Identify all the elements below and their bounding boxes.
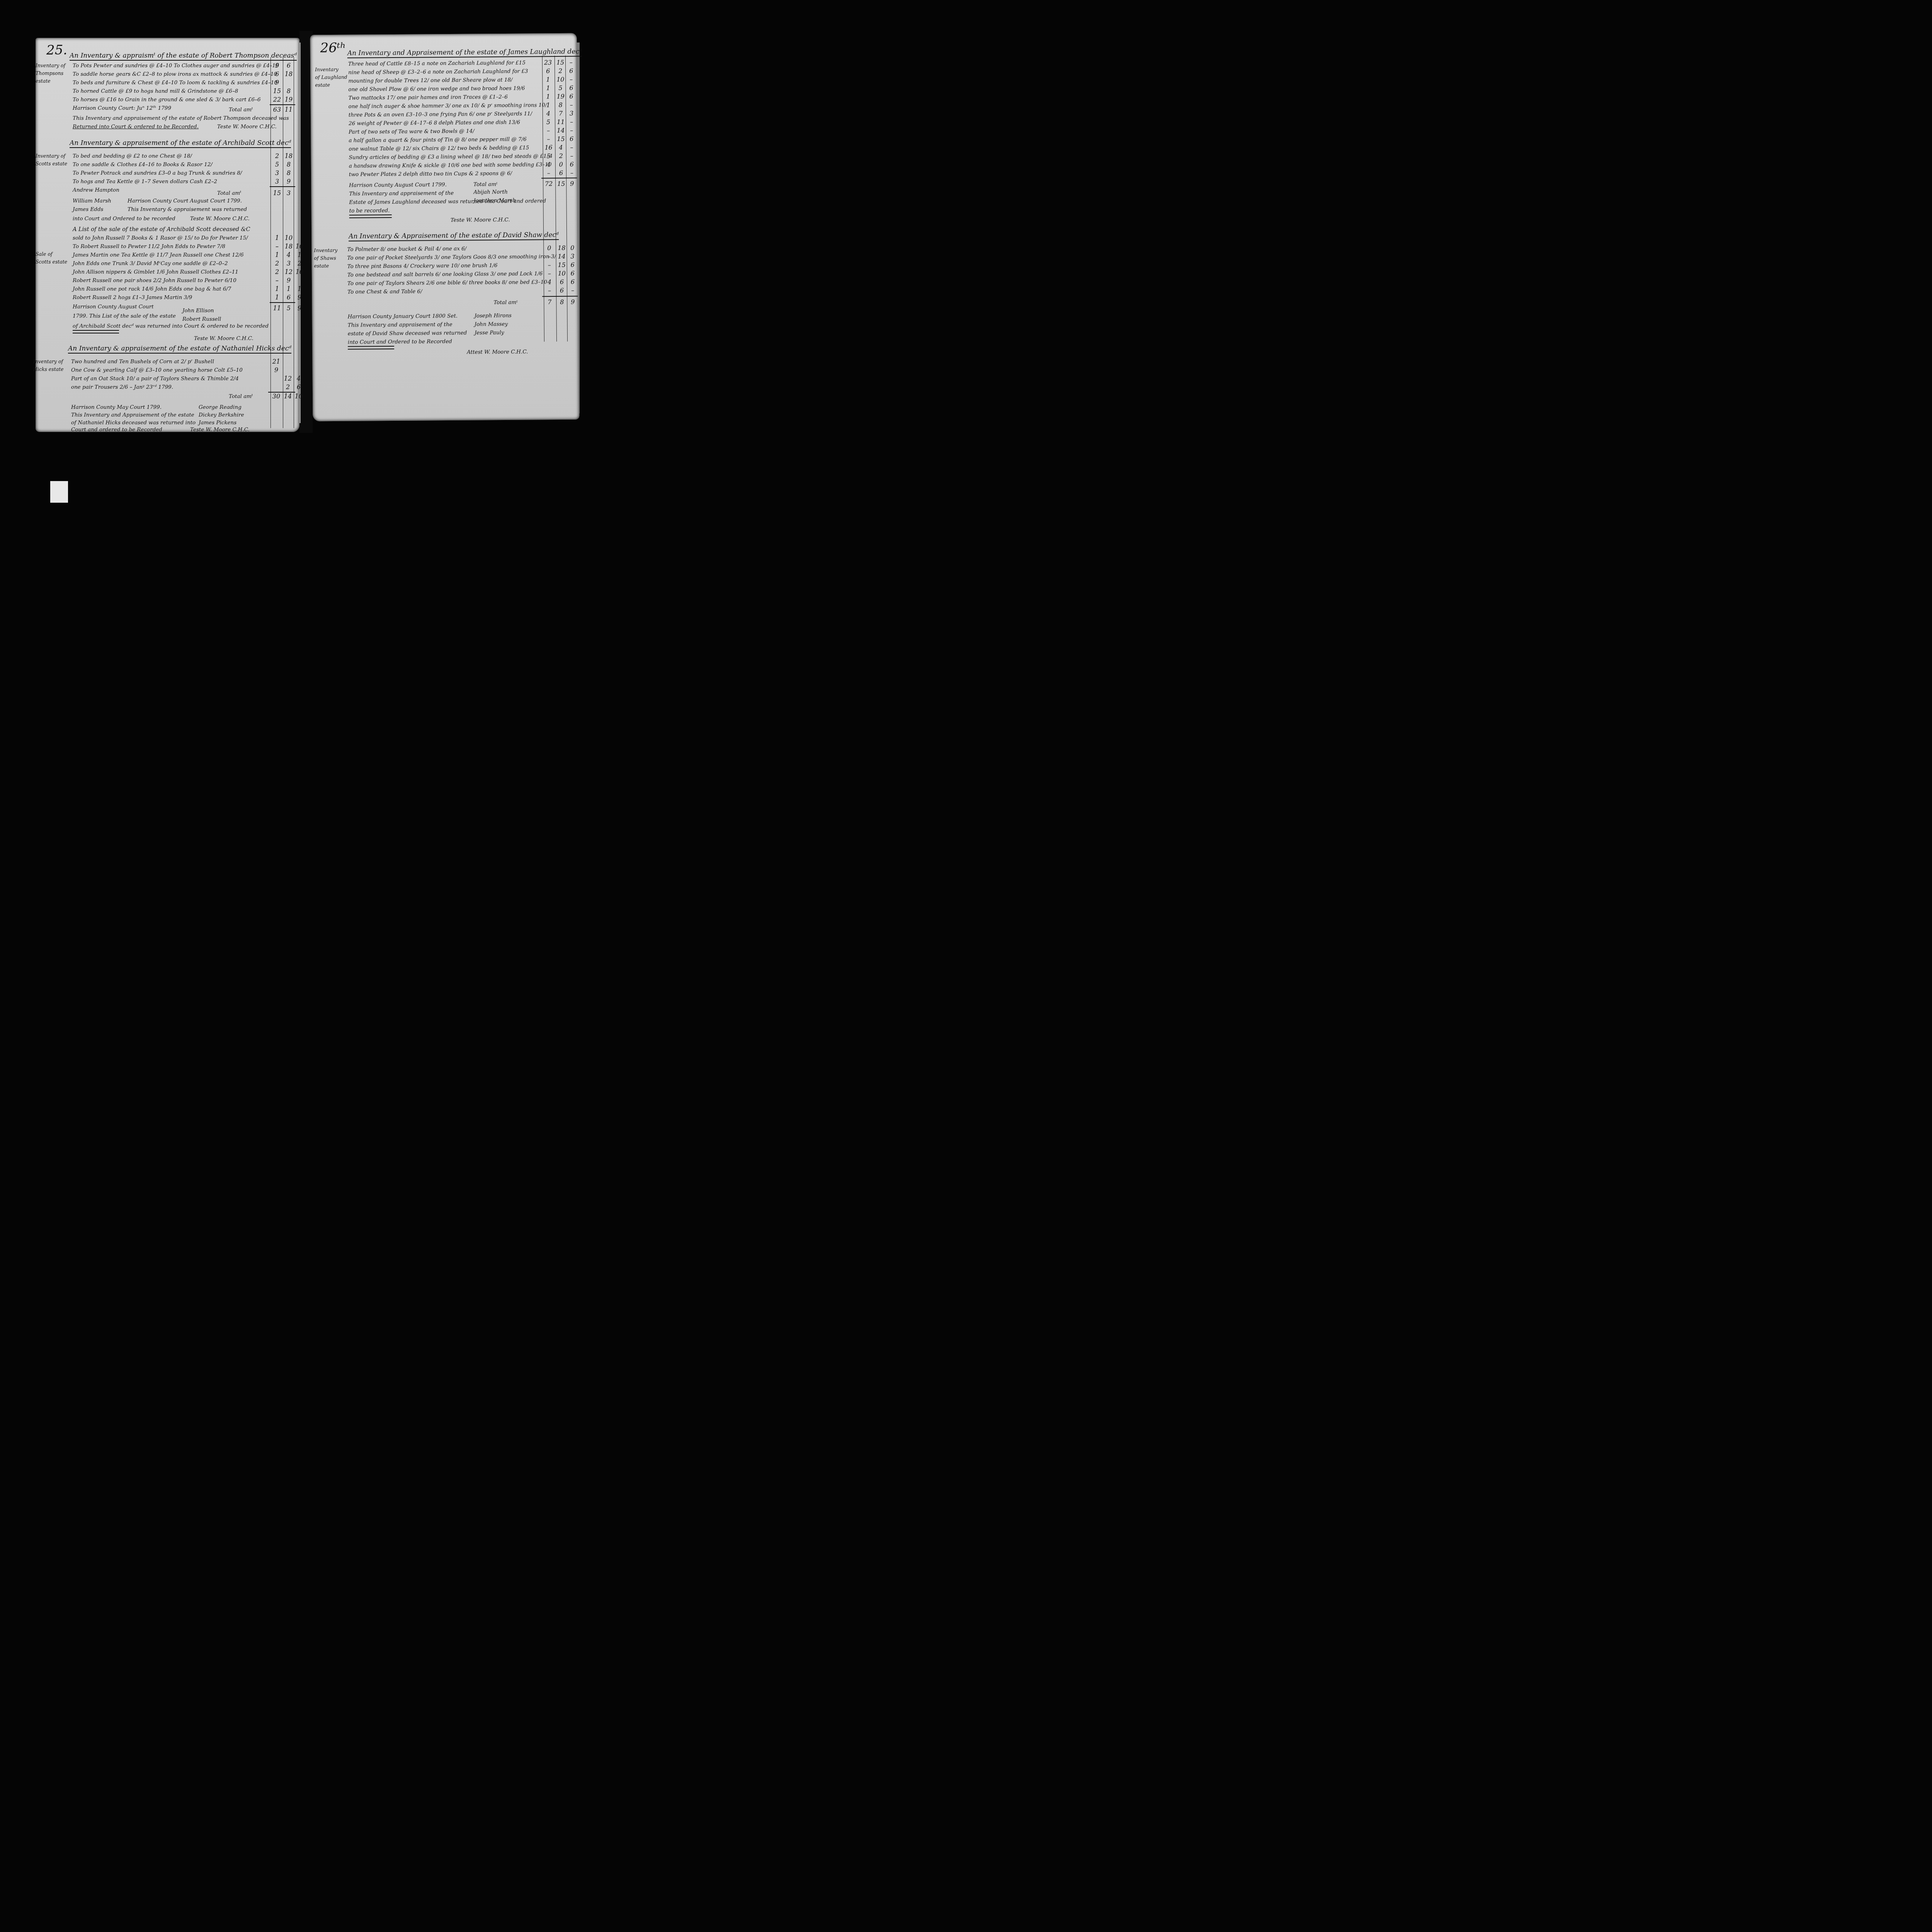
amount-cell: 9 — [284, 277, 294, 284]
item-row: To one bedstead and salt barrels 6/ one … — [347, 270, 543, 278]
amount-cell: 4 — [544, 161, 554, 168]
total-label: Total amᵗ — [473, 181, 497, 187]
total-shillings: 5 — [284, 304, 294, 312]
amount-cell: – — [567, 152, 577, 160]
item-row: mounting for double Trees 12/ one old Ba… — [348, 77, 512, 84]
item-row: Robert Russell one pair shoes 2/2 John R… — [73, 277, 236, 284]
amount-cell: 4 — [543, 110, 553, 117]
closing-text: This Inventary and appraisement of the — [348, 321, 452, 328]
amount-cell: 15 — [556, 135, 566, 143]
amount-cell: 2 — [272, 152, 282, 160]
amount-cell: 3 — [567, 253, 577, 260]
amount-cell: 3 — [566, 110, 577, 117]
amount-cell: 6 — [568, 278, 578, 286]
clerk-signature: Teste W. Moore C.H.C. — [194, 335, 253, 342]
amount-cell: 19 — [556, 93, 566, 100]
amount-cell: – — [566, 127, 577, 134]
margin-label-line: Sale of — [36, 250, 67, 258]
margin-label-line: estate — [314, 262, 338, 270]
margin-label-line: Hicks estate — [33, 366, 64, 373]
amount-cell: 2 — [272, 260, 282, 267]
amount-cell: 6 — [566, 93, 577, 100]
amount-cell: 2 — [555, 67, 565, 75]
total-pence: 9 — [567, 180, 577, 187]
item-row: a half gallon a quart & four pints of Ti… — [349, 136, 527, 144]
right-page: 26ᵗʰ An Inventary and Appraisement of th… — [310, 33, 580, 422]
item-row: one half inch auger & shoe hammer 3/ one… — [349, 102, 547, 110]
margin-label: Inventary of Scotts estate — [36, 152, 67, 168]
amount-cell: – — [544, 261, 554, 269]
item-row: To beds and furniture & Chest @ £4–10 To… — [73, 80, 277, 86]
item-row: one old Shovel Plow @ 6/ one iron wedge … — [348, 85, 525, 93]
item-row: To one pair of Taylors Shears 2/6 one bi… — [347, 279, 547, 287]
entry-shaw: An Inventary & Appraisement of the estat… — [310, 33, 577, 35]
amount-cell: 10 — [555, 76, 565, 83]
amount-cell: 9 — [271, 366, 281, 374]
total-label: Total amᵗ — [229, 107, 253, 113]
amount-cell: 5 — [272, 161, 282, 168]
amount-cell: 3 — [284, 260, 294, 267]
item-row: one pair Trousers 2/6 – Janʸ 23ʳᵈ 1799. — [71, 384, 173, 390]
amount-cell: 6 — [566, 67, 576, 75]
amount-cell: 3 — [272, 169, 282, 177]
amount-cell: 18 — [284, 152, 294, 160]
amount-cell: 8 — [556, 101, 566, 109]
total-pounds: 11 — [272, 304, 282, 312]
total-shillings: 14 — [283, 393, 293, 400]
amount-cell: 19 — [284, 96, 294, 103]
closing-text: This Inventary and appraisement of the — [349, 190, 454, 197]
amount-cell: 5 — [543, 118, 553, 126]
total-rule — [270, 104, 295, 105]
amount-cell: 5 — [544, 152, 554, 160]
total-label: Total amᵗ — [229, 393, 253, 400]
amount-cell: 1 — [543, 93, 553, 100]
total-pounds: 7 — [544, 298, 554, 306]
closing-text: estate of David Shaw deceased was return… — [348, 330, 467, 337]
item-row: To Pots Pewter and sundries @ £4–10 To C… — [73, 63, 279, 69]
amount-cell: 14 — [556, 127, 566, 134]
amount-cell: 4 — [556, 144, 566, 151]
amount-cell: 8 — [284, 169, 294, 177]
clerk-signature: Teste W. Moore C.H.C. — [190, 216, 250, 222]
page-number: 25. — [46, 43, 67, 58]
appraiser-name: Andrew Hampton — [73, 187, 119, 193]
item-row: To one Chest & and Table 6/ — [347, 288, 422, 295]
amount-cell: 10 — [294, 243, 304, 250]
amount-cell: 1 — [272, 251, 282, 259]
amount-cell: 1 — [272, 234, 282, 241]
amount-cell: 8 — [284, 87, 294, 95]
amount-cell: – — [566, 76, 576, 83]
amount-cell: 9 — [272, 62, 282, 69]
appraiser-name: Jonathan Marsh — [473, 197, 515, 204]
total-pounds: 63 — [272, 106, 282, 113]
closing-text: Harrison County January Court 1800 Set. — [348, 313, 458, 320]
appraiser-name: John Ellison — [182, 308, 214, 314]
item-row: Three head of Cattle £8–15 a note on Zac… — [348, 60, 526, 67]
closing-text: 1799. This List of the sale of the estat… — [73, 313, 176, 319]
margin-label-line: of Laughland — [315, 73, 347, 82]
amount-cell: 10 — [294, 268, 304, 276]
amount-cell: – — [544, 169, 554, 177]
amount-cell: – — [544, 253, 554, 260]
appraiser-name: James Edds — [73, 206, 104, 213]
amount-cell: 6 — [294, 383, 304, 391]
item-row: To horses @ £16 to Grain in the ground &… — [73, 97, 261, 103]
amount-cell: 4 — [294, 375, 304, 382]
amount-cell: – — [272, 277, 282, 284]
closing-text: of Nathaniel Hicks deceased was returned… — [71, 420, 196, 426]
item-row: To horned Cattle @ £9 to hogs hand mill … — [73, 88, 238, 94]
closing-text: of Archibald Scott decᵈ was returned int… — [73, 323, 269, 329]
appraiser-name: James Pickens — [199, 420, 236, 426]
closing-text: This Inventary & appraisement was return… — [128, 206, 247, 213]
closing-text: to be recorded. — [349, 207, 390, 214]
closing-text: Returned into Court & ordered to be Reco… — [73, 124, 199, 130]
appraiser-name: Dickey Berkshire — [199, 412, 244, 418]
amount-cell: 21 — [271, 358, 281, 365]
total-rule — [542, 296, 578, 297]
amount-cell: 6 — [556, 169, 566, 177]
total-pounds: 72 — [544, 180, 554, 187]
item-row: To one pair of Pocket Steelyards 3/ one … — [347, 253, 556, 261]
amount-cell: 18 — [284, 243, 294, 250]
appraiser-name: William Marsh — [73, 198, 111, 204]
margin-label-line: Inventary — [314, 247, 337, 254]
total-shillings: 8 — [557, 298, 567, 306]
item-row: 26 weight of Pewter @ £4–17–6 8 delph Pl… — [349, 119, 520, 127]
amount-cell: 18 — [556, 244, 566, 252]
amount-cell: 2 — [283, 383, 293, 391]
amount-cell: 6 — [567, 161, 577, 168]
total-pence: 10 — [294, 393, 304, 400]
amount-cell: 10 — [284, 234, 294, 241]
appraiser-name: Robert Russell — [182, 316, 221, 322]
item-row: one walnut Table @ 12/ six Chairs @ 12/ … — [349, 145, 529, 152]
item-row: Part of two sets of Tea ware & two Bowls… — [349, 128, 474, 135]
amount-cell: 16 — [543, 144, 553, 151]
amount-cell: 6 — [543, 67, 553, 75]
appraiser-name: John Massey — [474, 321, 508, 328]
closing-text: Court and ordered to be Recorded — [71, 427, 162, 433]
amount-cell: 5 — [555, 84, 565, 92]
margin-label-line: Scotts estate — [36, 160, 67, 168]
double-underline — [348, 346, 394, 350]
item-row: Part of an Oat Stack 10/ a pair of Taylo… — [71, 376, 239, 382]
amount-cell: 6 — [557, 278, 567, 286]
amount-cell: 4 — [284, 251, 294, 259]
margin-label: Inventary of Shaws estate — [314, 247, 337, 270]
item-row: To hogs and Tea Kettle @ 1–7 Seven dolla… — [73, 179, 217, 185]
item-row: One Cow & yearling Calf @ £3–10 one year… — [71, 367, 243, 373]
total-rule — [541, 178, 577, 179]
margin-label: Inventary of Hicks estate — [33, 358, 64, 373]
margin-label-line: Inventary of — [36, 62, 65, 70]
margin-label-line: Scotts estate — [36, 258, 67, 266]
total-shillings: 15 — [556, 180, 566, 187]
entry-laughland: An Inventary and Appraisement of the est… — [310, 33, 577, 35]
amount-cell: 9 — [284, 178, 294, 185]
total-rule — [270, 186, 295, 187]
margin-label: Sale of Scotts estate — [36, 250, 67, 266]
double-underline — [73, 330, 119, 333]
item-row: a handsaw drawing Knife & sickle @ 10/6 … — [349, 162, 552, 169]
item-row: Two mattocks 17/ one pair hames and iron… — [349, 94, 508, 101]
amount-cell: 0 — [544, 244, 554, 252]
margin-label-line: Inventary of — [33, 358, 64, 366]
amount-cell: 3 — [272, 178, 282, 185]
closing-text: into Court and Ordered to be recorded — [73, 216, 175, 222]
amount-cell: – — [544, 287, 554, 294]
shillings-column-rule — [283, 57, 283, 428]
double-underline — [349, 214, 392, 218]
amount-cell: 4 — [544, 278, 554, 286]
closing-text: Harrison County Court August Court 1799. — [128, 198, 242, 204]
left-page: 25. An Inventary & appraismᵗ of the esta… — [36, 38, 299, 432]
item-row: To three pint Basons 4/ Crockery ware 10… — [347, 262, 498, 270]
pence-column-rule — [294, 57, 294, 428]
total-label: Total amᵗ — [217, 190, 241, 196]
amount-cell: 6 — [566, 84, 576, 92]
amount-cell: 1 — [294, 285, 304, 293]
closing-text: This Inventary and appraisement of the e… — [73, 115, 289, 121]
entry-heading: An Inventary and Appraisement of the est… — [347, 48, 582, 58]
amount-cell: 12 — [283, 375, 293, 382]
page-number: 26ᵗʰ — [320, 40, 346, 56]
total-rule — [270, 302, 295, 303]
item-row: To Pewter Potrack and sundries £3–0 a ba… — [73, 170, 242, 176]
total-label: Total amᵗ — [493, 299, 517, 306]
entry-heading: A List of the sale of the estate of Arch… — [73, 226, 250, 233]
clerk-signature: Attest W. Moore C.H.C. — [467, 349, 528, 355]
item-row: Sundry articles of bedding @ £3 a lining… — [349, 153, 553, 161]
calibration-target — [50, 481, 68, 503]
amount-cell: 12 — [284, 268, 294, 276]
amount-cell: 15 — [557, 261, 567, 269]
amount-cell: – — [566, 101, 577, 109]
closing-text: Harrison County August Court 1799. — [349, 182, 447, 189]
amount-cell: 22 — [272, 96, 282, 103]
amount-cell: 2 — [272, 268, 282, 276]
closing-text: Estate of James Laughland deceased was r… — [349, 198, 546, 206]
total-pence: 9 — [568, 298, 578, 306]
margin-label: Inventary of Thompsons estate — [36, 62, 65, 85]
amount-cell: 0 — [567, 244, 577, 252]
item-row: Robert Russell 2 hogs £1–3 James Martin … — [73, 294, 192, 301]
clerk-signature: Teste W. Moore C.H.C. — [190, 427, 250, 433]
pounds-column-rule — [270, 57, 271, 428]
amount-cell: – — [543, 127, 553, 134]
amount-cell: 15 — [555, 59, 565, 66]
margin-label-line: Inventary — [315, 66, 347, 74]
amount-cell: – — [567, 169, 577, 177]
item-row: nine head of Sheep @ £3–2–6 a note on Za… — [348, 68, 528, 75]
item-row: James Martin one Tea Kettle @ 11/7 Jean … — [73, 252, 244, 258]
margin-label-line: estate — [36, 77, 65, 85]
amount-cell: 7 — [556, 110, 566, 117]
closing-text: Harrison County May Court 1799. — [71, 404, 162, 410]
entry-heading: An Inventary & appraisement of the estat… — [70, 139, 291, 148]
clerk-signature: Teste W. Moore C.H.C. — [217, 124, 277, 130]
entry-heading: An Inventary & appraismᵗ of the estate o… — [70, 52, 297, 61]
total-pounds: 15 — [272, 189, 282, 197]
appraiser-name: Joseph Hirons — [474, 313, 512, 319]
item-row: Two hundred and Ten Bushels of Corn at 2… — [71, 359, 214, 365]
item-row: two Pewter Plates 2 delph ditto two tin … — [349, 170, 512, 178]
item-row: To one saddle & Clothes £4–16 to Books &… — [73, 162, 213, 168]
amount-cell: 0 — [556, 161, 566, 168]
amount-cell: 1 — [543, 101, 553, 109]
margin-label-line: Thompsons — [36, 70, 65, 77]
amount-cell: 8 — [284, 161, 294, 168]
amount-cell: 14 — [556, 253, 566, 260]
entry-heading: An Inventary & Appraisement of the estat… — [349, 231, 559, 241]
total-shillings: 3 — [284, 189, 294, 197]
amount-cell: 1 — [272, 285, 282, 293]
amount-cell: 18 — [284, 70, 294, 78]
total-pounds: 30 — [271, 393, 281, 400]
item-row: sold to John Russell 7 Books & 1 Rasor @… — [73, 235, 248, 241]
amount-cell: 2 — [294, 260, 304, 267]
item-row: three Pots & an oven £3–10–3 one frying … — [349, 111, 532, 118]
amount-cell: 6 — [566, 135, 577, 143]
amount-cell: – — [272, 243, 282, 250]
amount-cell: – — [566, 59, 576, 66]
item-row: To Robert Russell to Pewter 11/2 John Ed… — [73, 243, 225, 250]
closing-text: into Court and Ordered to be Recorded — [348, 338, 452, 345]
item-row: To bed and bedding @ £2 to one Chest @ 1… — [73, 153, 192, 159]
clerk-signature: Teste W. Moore C.H.C. — [451, 217, 510, 223]
amount-cell: 6 — [568, 261, 578, 269]
appraiser-name: Abijah North — [473, 189, 508, 196]
entry-heading: An Inventary & appraisement of the estat… — [68, 345, 291, 354]
total-pence: 9 — [294, 304, 304, 312]
amount-cell: 9 — [294, 294, 304, 301]
amount-cell: 6 — [557, 287, 567, 294]
closing-text: This Inventary and Appraisement of the e… — [71, 412, 194, 418]
amount-cell: 10 — [557, 270, 567, 277]
court-date: Harrison County Court: Juⁿ 12ᵗʰ 1799 — [73, 105, 171, 111]
amount-cell: 11 — [556, 118, 566, 126]
amount-cell: – — [568, 287, 578, 294]
margin-label-line: estate — [315, 81, 347, 89]
margin-label-line: of Shaws — [314, 254, 337, 262]
amount-cell: 9 — [272, 79, 282, 86]
item-row: John Allison nippers & Gimblet 1/6 John … — [73, 269, 238, 275]
item-row: To saddle horse gears &C £2–8 to plow ir… — [73, 71, 277, 77]
amount-cell: 6 — [568, 270, 578, 277]
total-shillings: 11 — [284, 106, 294, 113]
amount-cell: – — [566, 118, 577, 126]
item-row: John Edds one Trunk 3/ David MᶜCay one s… — [73, 260, 228, 267]
amount-cell: 6 — [284, 62, 294, 69]
amount-cell: 1 — [284, 285, 294, 293]
amount-cell: 1 — [294, 251, 304, 259]
amount-cell: 1 — [543, 76, 553, 83]
amount-cell: 1 — [272, 294, 282, 301]
amount-cell: – — [566, 144, 577, 151]
amount-cell: 15 — [272, 87, 282, 95]
appraiser-name: Jesse Pauly — [474, 330, 504, 336]
amount-cell: 23 — [543, 59, 553, 66]
amount-cell: 2 — [556, 152, 566, 160]
margin-label-line: Inventary of — [36, 152, 67, 160]
margin-label: Inventary of Laughland estate — [315, 66, 347, 89]
amount-cell: – — [544, 270, 554, 277]
amount-cell: – — [543, 135, 553, 143]
item-row: John Russell one pot rack 14/6 John Edds… — [73, 286, 231, 292]
item-row: To Polmeter 8/ one bucket & Pail 4/ one … — [347, 246, 466, 253]
amount-cell: 1 — [543, 84, 553, 92]
appraiser-name: George Reading — [199, 404, 241, 410]
amount-cell: 6 — [272, 70, 282, 78]
amount-cell: 6 — [284, 294, 294, 301]
closing-text: Harrison County August Court — [73, 304, 154, 310]
